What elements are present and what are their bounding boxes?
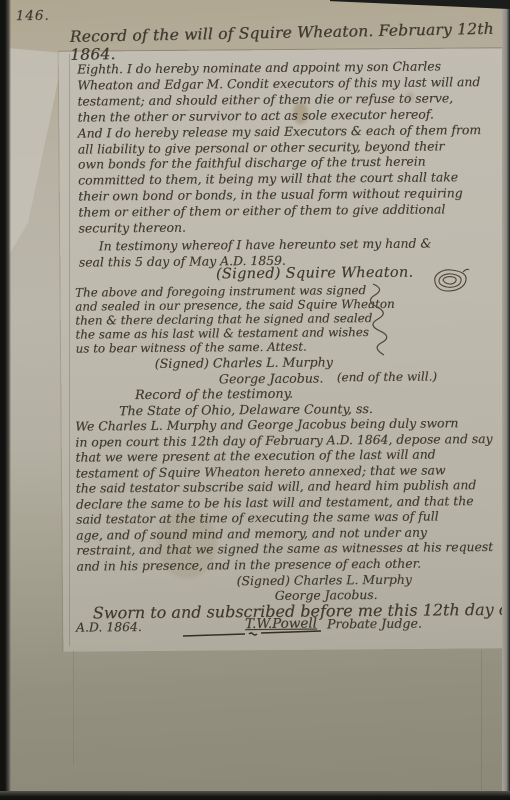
- scanner-edge-left: [0, 0, 11, 800]
- scanned-record-page: 146. Record of the will of Squire Wheato…: [0, 0, 510, 800]
- testimony-body: We Charles L. Murphy and George Jacobus …: [75, 415, 493, 574]
- will-eighth-clause: Eighth. I do hereby nominate and appoint…: [77, 58, 482, 236]
- scanner-edge-right: [502, 0, 510, 800]
- page-number: 146.: [16, 8, 50, 24]
- record-title: Record of the will of Squire Wheaton. Fe…: [70, 20, 502, 64]
- testimony-heading: Record of the testimony.: [135, 387, 293, 403]
- attestation-block: The above and foregoing instrument was s…: [75, 283, 395, 356]
- witness-brace-icon: [363, 283, 389, 357]
- testimony-line: and in his presence, and in the presence…: [76, 554, 493, 573]
- record-book-page: 146. Record of the will of Squire Wheato…: [7, 0, 504, 793]
- testimony-signed-line: (Signed) Charles L. Murphy: [237, 572, 412, 589]
- witness-signature-1: (Signed) Charles L. Murphy: [155, 354, 333, 371]
- handwriting-layer: 146. Record of the will of Squire Wheato…: [7, 0, 504, 793]
- testimonium-line: In testimony whereof I have hereunto set…: [79, 235, 432, 254]
- seal-scribble-icon: [427, 264, 473, 298]
- witness-signature-2: George Jacobus.: [219, 370, 324, 386]
- testator-signature-line: (Signed) Squire Wheaton.: [216, 265, 414, 283]
- attestation-line: us to bear witness of the same. Attest.: [76, 339, 396, 356]
- closing-divider: [179, 628, 325, 640]
- scanner-edge-bottom: [0, 791, 510, 800]
- will-text-line: security thereon.: [78, 217, 482, 236]
- end-of-will-note: (end of the will.): [337, 369, 437, 384]
- sworn-date: A.D. 1864.: [76, 619, 142, 635]
- judge-title: Probate Judge.: [327, 616, 422, 632]
